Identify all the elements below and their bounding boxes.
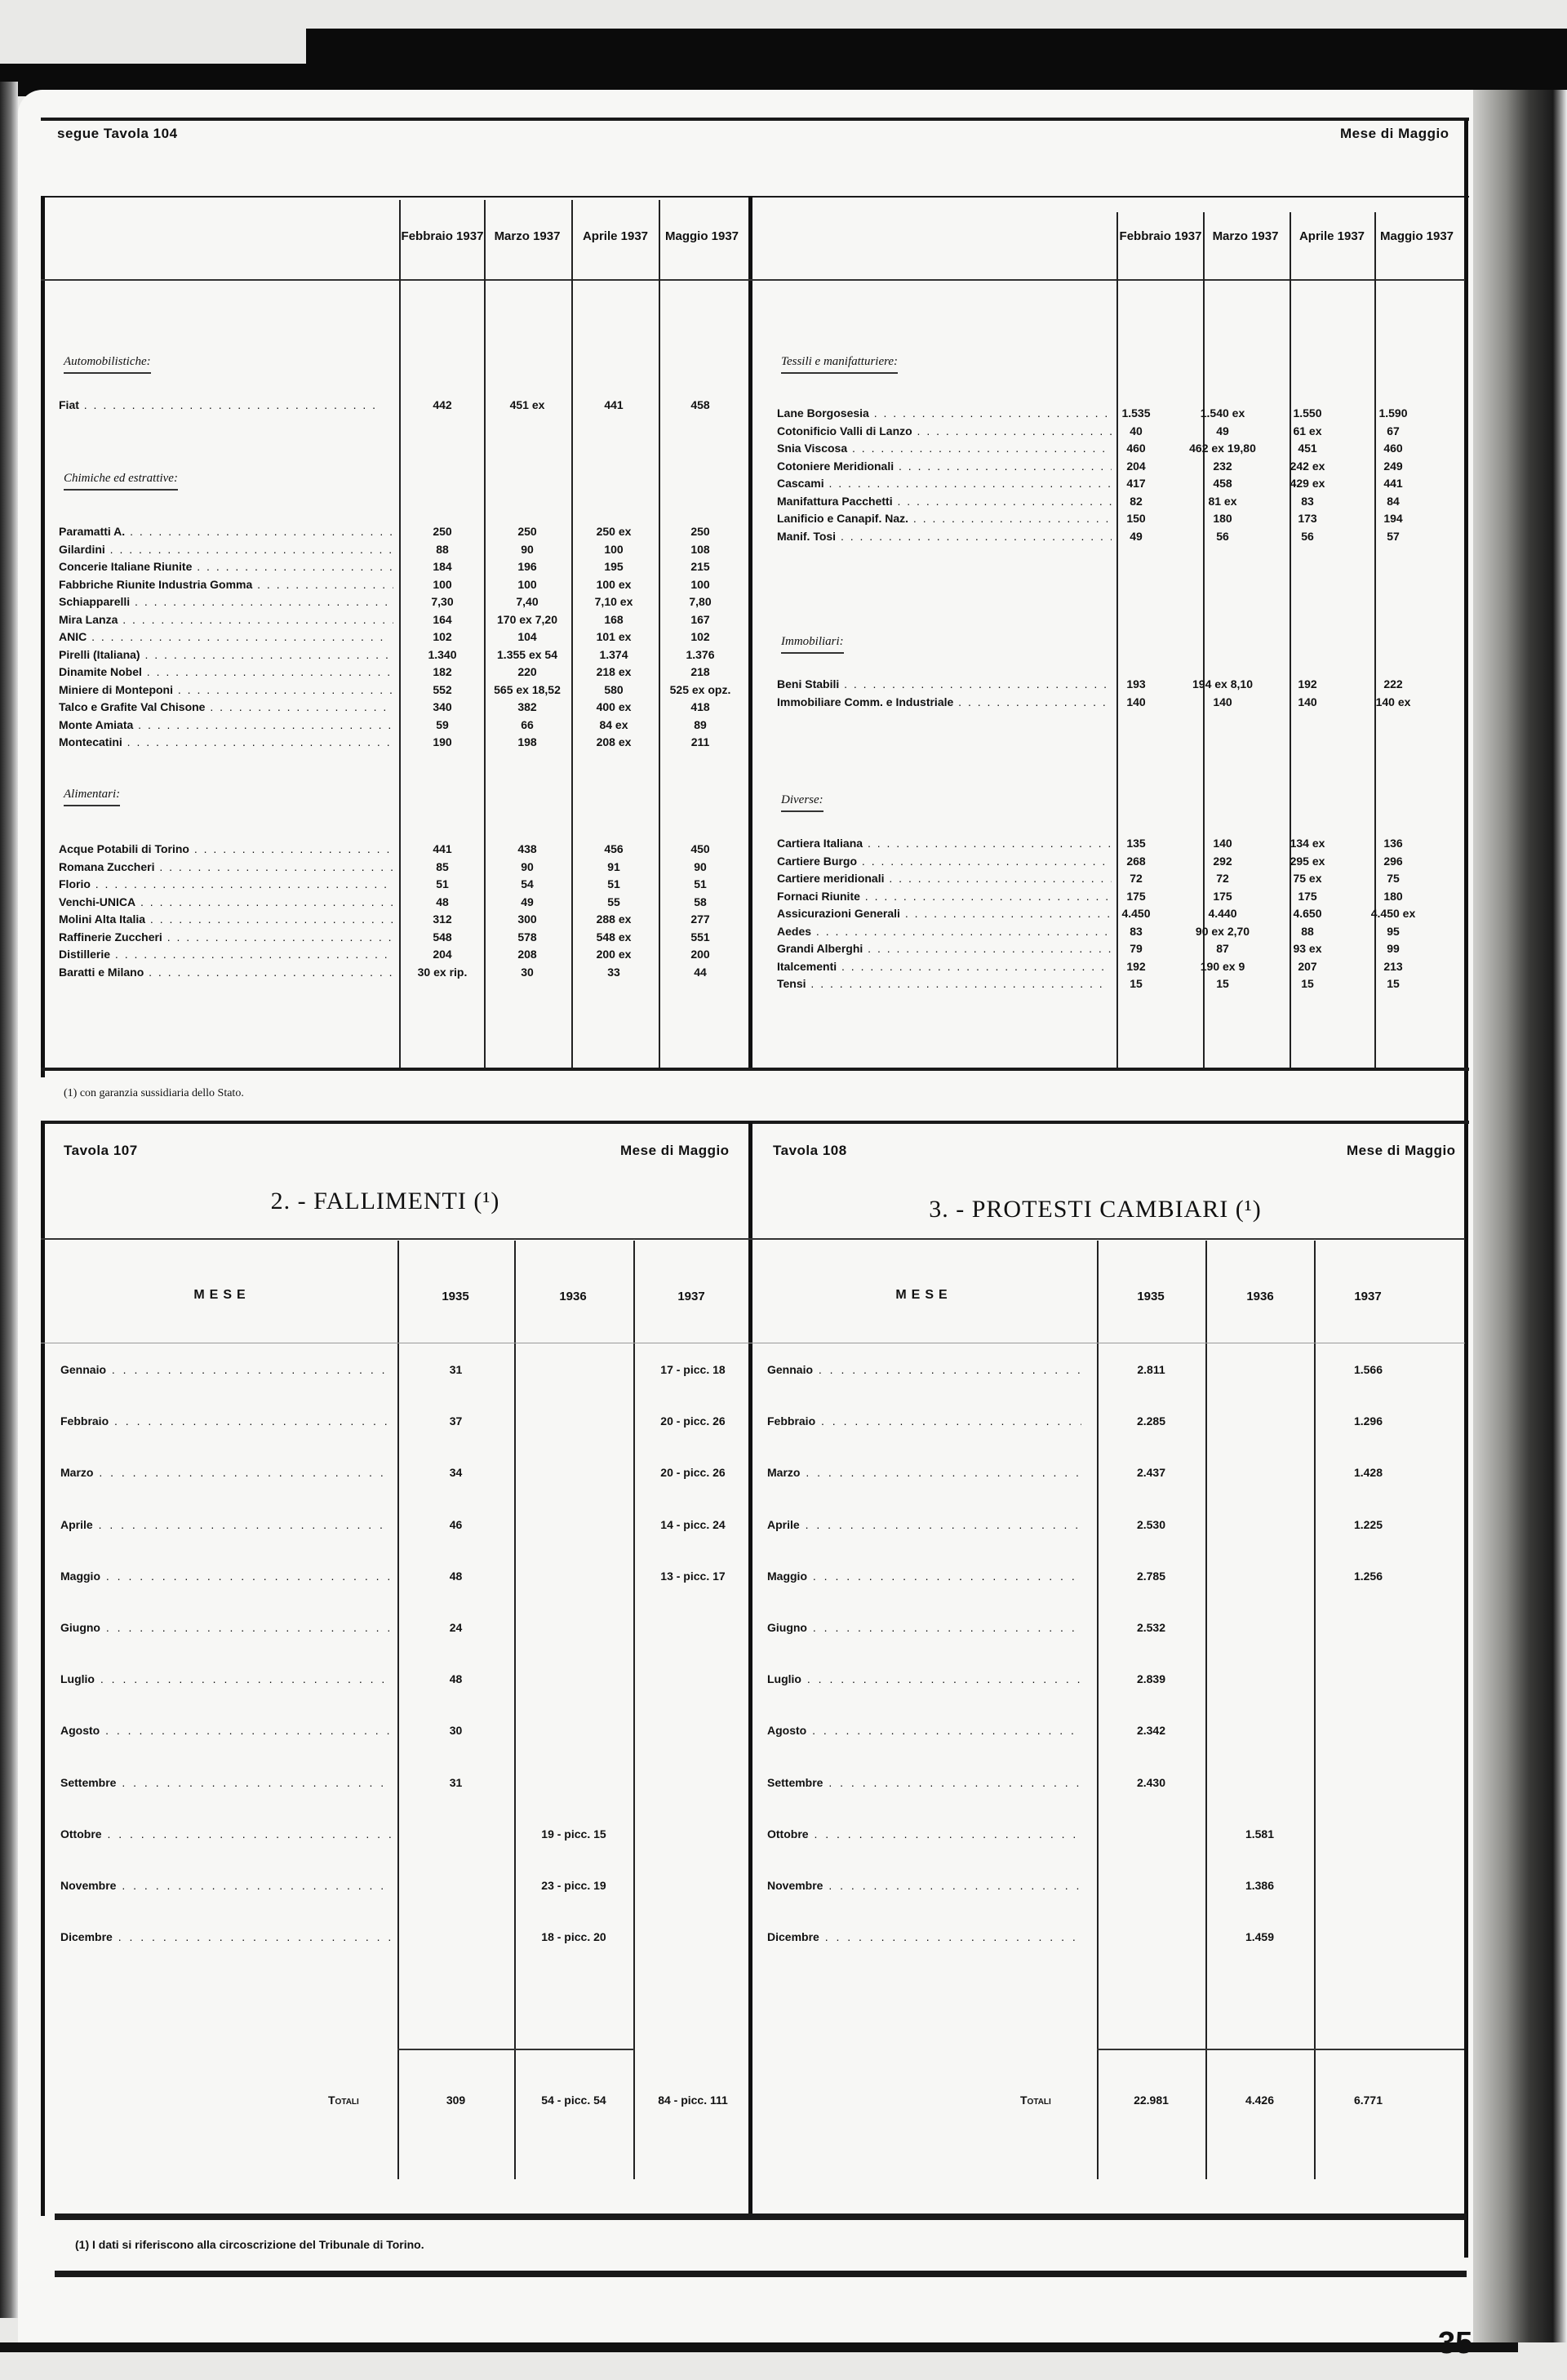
row-value: 90 bbox=[486, 860, 568, 873]
table-row: Distillerie204208200 ex200 bbox=[59, 948, 793, 964]
section-title: Automobilistiche: bbox=[64, 355, 151, 374]
row-value: 565 ex 18,52 bbox=[486, 683, 568, 696]
row-value: 441 bbox=[402, 842, 483, 855]
tavola-108-label: Tavola 108 bbox=[773, 1143, 847, 1159]
table-row: Venchi-UNICA48495558 bbox=[59, 895, 793, 912]
row-value: 198 bbox=[486, 735, 568, 748]
row-value: 173 bbox=[1267, 512, 1348, 525]
row-value: 192 bbox=[1267, 677, 1348, 690]
month-row: Novembre1.386 bbox=[767, 1879, 1469, 1897]
table-row: Lanificio e Canapif. Naz.150180173194 bbox=[777, 512, 1512, 528]
scan-border-top bbox=[306, 29, 1567, 94]
row-value: 200 bbox=[659, 948, 741, 961]
table-row: Cotoniere Meridionali204232242 ex249 bbox=[777, 460, 1512, 476]
row-value: 218 bbox=[659, 665, 741, 678]
row-value: 101 ex bbox=[573, 630, 655, 643]
row-label: Tensi bbox=[777, 977, 1112, 990]
bottom-rule bbox=[55, 2213, 1467, 2220]
col-header-apr-r: Aprile 1937 bbox=[1283, 229, 1381, 245]
row-value: 7,30 bbox=[402, 595, 483, 608]
month-row: Febbraio3720 - picc. 26 bbox=[60, 1414, 762, 1432]
row-label: Schiapparelli bbox=[59, 595, 393, 608]
month-label: Agosto bbox=[767, 1724, 1081, 1737]
row-value: 220 bbox=[486, 665, 568, 678]
year-header: 1935 bbox=[415, 1290, 496, 1303]
month-row: Agosto2.342 bbox=[767, 1724, 1469, 1742]
row-value: 140 bbox=[1267, 695, 1348, 708]
row-value: 100 bbox=[402, 578, 483, 591]
row-value: 193 bbox=[1095, 677, 1177, 690]
row-value: 51 bbox=[659, 877, 741, 890]
row-value: 51 bbox=[402, 877, 483, 890]
row-value: 190 ex 9 bbox=[1182, 960, 1263, 973]
row-value: 170 ex 7,20 bbox=[486, 613, 568, 626]
month-label: Aprile bbox=[60, 1518, 391, 1531]
row-value: 551 bbox=[659, 930, 741, 944]
month-row: Giugno24 bbox=[60, 1621, 762, 1639]
row-value: 382 bbox=[486, 700, 568, 713]
month-value: 13 - picc. 17 bbox=[633, 1570, 752, 1583]
col-header-may: Maggio 1937 bbox=[653, 229, 751, 245]
month-label: Agosto bbox=[60, 1724, 391, 1737]
table-row: Schiapparelli7,307,407,10 ex7,80 bbox=[59, 595, 793, 611]
row-label: Raffinerie Zuccheri bbox=[59, 930, 393, 944]
row-value: 1.550 bbox=[1267, 406, 1348, 420]
row-label: Cartiere meridionali bbox=[777, 872, 1112, 885]
row-value: 250 bbox=[486, 525, 568, 538]
row-label: ANIC bbox=[59, 630, 393, 643]
col-divider bbox=[1314, 1241, 1316, 2179]
month-value: 1.296 bbox=[1314, 1414, 1423, 1428]
row-label: Pirelli (Italiana) bbox=[59, 648, 393, 661]
row-value: 548 ex bbox=[573, 930, 655, 944]
row-value: 277 bbox=[659, 912, 741, 926]
row-value: 194 bbox=[1352, 512, 1434, 525]
row-value: 100 bbox=[486, 578, 568, 591]
col-divider bbox=[1097, 1241, 1099, 2179]
table-row: Talco e Grafite Val Chisone340382400 ex4… bbox=[59, 700, 793, 717]
row-value: 15 bbox=[1182, 977, 1263, 990]
year-header: 1936 bbox=[532, 1290, 614, 1303]
col-header-may-r: Maggio 1937 bbox=[1368, 229, 1466, 245]
month-label: Dicembre bbox=[767, 1930, 1081, 1943]
month-row: Gennaio3117 - picc. 18 bbox=[60, 1363, 762, 1381]
row-label: Grandi Alberghi bbox=[777, 942, 1112, 955]
row-value: 417 bbox=[1095, 477, 1177, 490]
row-label: Cotoniere Meridionali bbox=[777, 460, 1112, 473]
year-header: 1936 bbox=[1219, 1290, 1301, 1303]
row-value: 51 bbox=[573, 877, 655, 890]
row-value: 90 bbox=[486, 543, 568, 556]
month-value: 2.532 bbox=[1097, 1621, 1205, 1634]
row-label: Florio bbox=[59, 877, 393, 890]
month-value: 23 - picc. 19 bbox=[514, 1879, 633, 1892]
month-label: Maggio bbox=[767, 1570, 1081, 1583]
month-value: 48 bbox=[397, 1672, 514, 1685]
row-value: 136 bbox=[1352, 837, 1434, 850]
month-value: 31 bbox=[397, 1776, 514, 1789]
row-label: Molini Alta Italia bbox=[59, 912, 393, 926]
year-header: 1937 bbox=[650, 1290, 732, 1303]
row-value: 175 bbox=[1267, 890, 1348, 903]
mese-header: MESE bbox=[842, 1288, 1005, 1303]
row-value: 30 bbox=[486, 966, 568, 979]
table-row: ANIC102104101 ex102 bbox=[59, 630, 793, 646]
month-label: Maggio bbox=[60, 1570, 391, 1583]
month-row: Novembre23 - picc. 19 bbox=[60, 1879, 762, 1897]
month-value: 2.811 bbox=[1097, 1363, 1205, 1376]
row-value: 196 bbox=[486, 560, 568, 573]
row-label: Cartiere Burgo bbox=[777, 855, 1112, 868]
table-row: Raffinerie Zuccheri548578548 ex551 bbox=[59, 930, 793, 947]
row-value: 59 bbox=[402, 718, 483, 731]
col-header-apr: Aprile 1937 bbox=[566, 229, 664, 245]
row-label: Fornaci Riunite bbox=[777, 890, 1112, 903]
row-value: 438 bbox=[486, 842, 568, 855]
month-label: Novembre bbox=[60, 1879, 391, 1892]
table-row: Snia Viscosa460462 ex 19,80451460 bbox=[777, 442, 1512, 458]
month-value: 1.581 bbox=[1205, 1827, 1314, 1841]
month-label: Aprile bbox=[767, 1518, 1081, 1531]
row-value: 4.650 bbox=[1267, 907, 1348, 920]
table-row: Cascami417458429 ex441 bbox=[777, 477, 1512, 493]
scan-border-bottom bbox=[0, 2342, 1518, 2352]
month-value: 1.428 bbox=[1314, 1466, 1423, 1479]
month-value: 1.225 bbox=[1314, 1518, 1423, 1531]
row-value: 204 bbox=[1095, 460, 1177, 473]
col-header-feb: Febbraio 1937 bbox=[393, 229, 491, 245]
month-value: 19 - picc. 15 bbox=[514, 1827, 633, 1841]
row-label: Acque Potabili di Torino bbox=[59, 842, 393, 855]
month-label: Luglio bbox=[60, 1672, 391, 1685]
month-value: 2.437 bbox=[1097, 1466, 1205, 1479]
col-divider bbox=[1290, 212, 1291, 1069]
col-divider bbox=[514, 1241, 516, 2179]
col-divider bbox=[1116, 212, 1118, 1069]
row-value: 222 bbox=[1352, 677, 1434, 690]
row-value: 72 bbox=[1095, 872, 1177, 885]
month-value: 20 - picc. 26 bbox=[633, 1414, 752, 1428]
row-value: 215 bbox=[659, 560, 741, 573]
row-value: 300 bbox=[486, 912, 568, 926]
month-value: 37 bbox=[397, 1414, 514, 1428]
month-value: 20 - picc. 26 bbox=[633, 1466, 752, 1479]
month-row: Dicembre18 - picc. 20 bbox=[60, 1930, 762, 1948]
row-value: 192 bbox=[1095, 960, 1177, 973]
month-label: Novembre bbox=[767, 1879, 1081, 1892]
tavola-104-title: segue Tavola 104 bbox=[57, 126, 178, 142]
row-value: 75 bbox=[1352, 872, 1434, 885]
row-value: 81 ex bbox=[1182, 495, 1263, 508]
row-value: 460 bbox=[1352, 442, 1434, 455]
row-value: 175 bbox=[1182, 890, 1263, 903]
row-label: Mira Lanza bbox=[59, 613, 393, 626]
row-value: 85 bbox=[402, 860, 483, 873]
row-value: 140 ex bbox=[1352, 695, 1434, 708]
year-header: 1937 bbox=[1327, 1290, 1409, 1303]
month-label: Luglio bbox=[767, 1672, 1081, 1685]
row-value: 1.355 ex 54 bbox=[486, 648, 568, 661]
tavola-107-label: Tavola 107 bbox=[64, 1143, 138, 1159]
table-row: Aedes8390 ex 2,708895 bbox=[777, 925, 1512, 941]
table-row: Dinamite Nobel182220218 ex218 bbox=[59, 665, 793, 682]
row-label: Italcementi bbox=[777, 960, 1112, 973]
table-row: Monte Amiata596684 ex89 bbox=[59, 718, 793, 735]
month-value: 1.566 bbox=[1314, 1363, 1423, 1376]
row-value: 140 bbox=[1182, 837, 1263, 850]
row-value: 54 bbox=[486, 877, 568, 890]
row-value: 49 bbox=[1095, 530, 1177, 543]
month-label: Settembre bbox=[767, 1776, 1081, 1789]
col-header-mar: Marzo 1937 bbox=[478, 229, 576, 245]
row-value: 194 ex 8,10 bbox=[1182, 677, 1263, 690]
row-label: Venchi-UNICA bbox=[59, 895, 393, 908]
table-row: Miniere di Monteponi552565 ex 18,5258052… bbox=[59, 683, 793, 699]
section-title: Chimiche ed estrattive: bbox=[64, 472, 178, 491]
row-label: Cascami bbox=[777, 477, 1112, 490]
row-value: 451 bbox=[1267, 442, 1348, 455]
month-row: Gennaio2.8111.566 bbox=[767, 1363, 1469, 1381]
col-divider bbox=[633, 1241, 635, 2179]
section-rule bbox=[41, 1121, 1469, 1124]
month-value: 1.256 bbox=[1314, 1570, 1423, 1583]
month-label: Febbraio bbox=[60, 1414, 391, 1428]
row-value: 292 bbox=[1182, 855, 1263, 868]
scan-border-left bbox=[0, 82, 18, 2318]
total-label-107: Totali bbox=[328, 2094, 359, 2107]
row-value: 295 ex bbox=[1267, 855, 1348, 868]
row-value: 400 ex bbox=[573, 700, 655, 713]
col-divider bbox=[1203, 212, 1205, 1069]
month-row: Ottobre1.581 bbox=[767, 1827, 1469, 1845]
month-row: Febbraio2.2851.296 bbox=[767, 1414, 1469, 1432]
table-row: Florio51545151 bbox=[59, 877, 793, 894]
col-header-mar-r: Marzo 1937 bbox=[1196, 229, 1294, 245]
row-value: 49 bbox=[1182, 424, 1263, 437]
row-value: 456 bbox=[573, 842, 655, 855]
row-value: 88 bbox=[402, 543, 483, 556]
month-label: Marzo bbox=[60, 1466, 391, 1479]
table-row: Acque Potabili di Torino441438456450 bbox=[59, 842, 793, 859]
row-value: 90 bbox=[659, 860, 741, 873]
table-row: Gilardini8890100108 bbox=[59, 543, 793, 559]
row-value: 167 bbox=[659, 613, 741, 626]
col-divider bbox=[1205, 1241, 1207, 2179]
row-value: 90 ex 2,70 bbox=[1182, 925, 1263, 938]
row-value: 7,40 bbox=[486, 595, 568, 608]
row-value: 548 bbox=[402, 930, 483, 944]
row-value: 83 bbox=[1095, 925, 1177, 938]
table-row: Manifattura Pacchetti8281 ex8384 bbox=[777, 495, 1512, 511]
tavola-104-month: Mese di Maggio bbox=[1340, 126, 1449, 142]
row-value: 56 bbox=[1267, 530, 1348, 543]
table-row: Manif. Tosi49565657 bbox=[777, 530, 1512, 546]
month-row: Dicembre1.459 bbox=[767, 1930, 1469, 1948]
month-value: 1.386 bbox=[1205, 1879, 1314, 1892]
month-row: Marzo2.4371.428 bbox=[767, 1466, 1469, 1484]
row-value: 55 bbox=[573, 895, 655, 908]
row-value: 56 bbox=[1182, 530, 1263, 543]
table-row: Assicurazioni Generali4.4504.4404.6504.4… bbox=[777, 907, 1512, 923]
col-divider bbox=[1374, 212, 1376, 1069]
section-title: Diverse: bbox=[781, 793, 823, 812]
footnote-bottom: (1) I dati si riferiscono alla circoscri… bbox=[75, 2238, 424, 2251]
row-value: 67 bbox=[1352, 424, 1434, 437]
month-value: 2.839 bbox=[1097, 1672, 1205, 1685]
row-value: 249 bbox=[1352, 460, 1434, 473]
table-row: Romana Zuccheri85909190 bbox=[59, 860, 793, 877]
row-value: 33 bbox=[573, 966, 655, 979]
row-value: 72 bbox=[1182, 872, 1263, 885]
row-value: 182 bbox=[402, 665, 483, 678]
row-value: 100 ex bbox=[573, 578, 655, 591]
month-value: 2.285 bbox=[1097, 1414, 1205, 1428]
row-value: 312 bbox=[402, 912, 483, 926]
row-value: 208 bbox=[486, 948, 568, 961]
month-row: Maggio4813 - picc. 17 bbox=[60, 1570, 762, 1587]
month-label: Marzo bbox=[767, 1466, 1081, 1479]
month-label: Gennaio bbox=[60, 1363, 391, 1376]
month-value: 2.342 bbox=[1097, 1724, 1205, 1737]
row-value: 84 ex bbox=[573, 718, 655, 731]
header-rule bbox=[41, 279, 1465, 281]
month-label: Ottobre bbox=[767, 1827, 1081, 1841]
row-value: 61 ex bbox=[1267, 424, 1348, 437]
row-value: 7,10 ex bbox=[573, 595, 655, 608]
table-row: Tensi15151515 bbox=[777, 977, 1512, 993]
row-value: 232 bbox=[1182, 460, 1263, 473]
row-value: 552 bbox=[402, 683, 483, 696]
total-rule-108 bbox=[1097, 2049, 1464, 2050]
table-row: Fabbriche Riunite Industria Gomma1001001… bbox=[59, 578, 793, 594]
row-value: 30 ex rip. bbox=[402, 966, 483, 979]
footnote-104: (1) con garanzia sussidiaria dello Stato… bbox=[64, 1087, 244, 1100]
row-value: 418 bbox=[659, 700, 741, 713]
month-row: Settembre2.430 bbox=[767, 1776, 1469, 1794]
month-value: 24 bbox=[397, 1621, 514, 1634]
table-row: Pirelli (Italiana)1.3401.355 ex 541.3741… bbox=[59, 648, 793, 664]
row-label: Paramatti A. bbox=[59, 525, 393, 538]
row-value: 184 bbox=[402, 560, 483, 573]
month-value: 2.430 bbox=[1097, 1776, 1205, 1789]
document-page: segue Tavola 104 Mese di Maggio Febbraio… bbox=[18, 90, 1473, 2342]
table-row: Cartiera Italiana135140134 ex136 bbox=[777, 837, 1512, 853]
section-title: Immobiliari: bbox=[781, 635, 844, 654]
row-label: Romana Zuccheri bbox=[59, 860, 393, 873]
row-label: Montecatini bbox=[59, 735, 393, 748]
row-value: 95 bbox=[1352, 925, 1434, 938]
row-value: 180 bbox=[1182, 512, 1263, 525]
total-label-108: Totali bbox=[1020, 2094, 1051, 2107]
month-row: Maggio2.7851.256 bbox=[767, 1570, 1469, 1587]
row-value: 200 ex bbox=[573, 948, 655, 961]
row-value: 135 bbox=[1095, 837, 1177, 850]
month-label: Giugno bbox=[60, 1621, 391, 1634]
row-value: 180 bbox=[1352, 890, 1434, 903]
row-value: 93 ex bbox=[1267, 942, 1348, 955]
month-value: 30 bbox=[397, 1724, 514, 1737]
row-value: 89 bbox=[659, 718, 741, 731]
month-row: Aprile2.5301.225 bbox=[767, 1518, 1469, 1536]
row-value: 88 bbox=[1267, 925, 1348, 938]
month-value: 48 bbox=[397, 1570, 514, 1583]
row-value: 1.540 ex bbox=[1182, 406, 1263, 420]
row-value: 102 bbox=[402, 630, 483, 643]
row-value: 195 bbox=[573, 560, 655, 573]
row-value: 204 bbox=[402, 948, 483, 961]
top-rule-2 bbox=[41, 196, 1469, 198]
row-value: 462 ex 19,80 bbox=[1182, 442, 1263, 455]
left-border-lower bbox=[41, 1122, 45, 2216]
table-row: Beni Stabili193194 ex 8,10192222 bbox=[777, 677, 1512, 694]
row-value: 340 bbox=[402, 700, 483, 713]
section-title: Alimentari: bbox=[64, 788, 120, 806]
month-label: Gennaio bbox=[767, 1363, 1081, 1376]
tavola-108-month: Mese di Maggio bbox=[1347, 1143, 1456, 1159]
tavola-107-month: Mese di Maggio bbox=[620, 1143, 730, 1159]
row-value: 49 bbox=[486, 895, 568, 908]
month-value: 17 - picc. 18 bbox=[633, 1363, 752, 1376]
month-value: 31 bbox=[397, 1363, 514, 1376]
row-value: 104 bbox=[486, 630, 568, 643]
row-label: Manifattura Pacchetti bbox=[777, 495, 1112, 508]
row-label: Concerie Italiane Riunite bbox=[59, 560, 393, 573]
row-value: 580 bbox=[573, 683, 655, 696]
month-row: Agosto30 bbox=[60, 1724, 762, 1742]
row-value: 4.440 bbox=[1182, 907, 1263, 920]
total-row-108: 22.981 4.426 6.771 bbox=[1097, 2094, 1464, 2111]
left-border bbox=[41, 196, 45, 1077]
month-value: 2.530 bbox=[1097, 1518, 1205, 1531]
top-rule bbox=[41, 118, 1469, 121]
middle-divider-lower bbox=[748, 1122, 752, 2216]
row-label: Beni Stabili bbox=[777, 677, 1112, 690]
row-value: 288 ex bbox=[573, 912, 655, 926]
table-row: Paramatti A.250250250 ex250 bbox=[59, 525, 793, 541]
row-value: 58 bbox=[659, 895, 741, 908]
tavola-107-title: 2. - FALLIMENTI (¹) bbox=[222, 1188, 548, 1215]
col-header-feb-r: Febbraio 1937 bbox=[1112, 229, 1210, 245]
row-value: 175 bbox=[1095, 890, 1177, 903]
row-value: 250 bbox=[402, 525, 483, 538]
row-value: 211 bbox=[659, 735, 741, 748]
row-label: Cotonificio Valli di Lanzo bbox=[777, 424, 1112, 437]
row-value: 91 bbox=[573, 860, 655, 873]
table-row: Mira Lanza164170 ex 7,20168167 bbox=[59, 613, 793, 629]
month-row: Marzo3420 - picc. 26 bbox=[60, 1466, 762, 1484]
table-row: Molini Alta Italia312300288 ex277 bbox=[59, 912, 793, 929]
section-title: Tessili e manifatturiere: bbox=[781, 355, 898, 374]
row-value: 296 bbox=[1352, 855, 1434, 868]
month-label: Ottobre bbox=[60, 1827, 391, 1841]
bottom-rule-2 bbox=[55, 2271, 1467, 2277]
row-value: 40 bbox=[1095, 424, 1177, 437]
month-row: Aprile4614 - picc. 24 bbox=[60, 1518, 762, 1536]
month-row: Giugno2.532 bbox=[767, 1621, 1469, 1639]
row-value: 441 bbox=[1352, 477, 1434, 490]
table-row: Fiat 442 451 ex 441 458 bbox=[59, 398, 793, 415]
row-value: 207 bbox=[1267, 960, 1348, 973]
col-divider bbox=[397, 1241, 399, 2179]
month-label: Giugno bbox=[767, 1621, 1081, 1634]
row-value: 164 bbox=[402, 613, 483, 626]
row-value: 4.450 bbox=[1095, 907, 1177, 920]
row-value: 100 bbox=[573, 543, 655, 556]
tavola-108-title: 3. - PROTESTI CAMBIARI (¹) bbox=[867, 1196, 1324, 1223]
row-value: 140 bbox=[1095, 695, 1177, 708]
month-row: Ottobre19 - picc. 15 bbox=[60, 1827, 762, 1845]
row-label: Miniere di Monteponi bbox=[59, 683, 393, 696]
